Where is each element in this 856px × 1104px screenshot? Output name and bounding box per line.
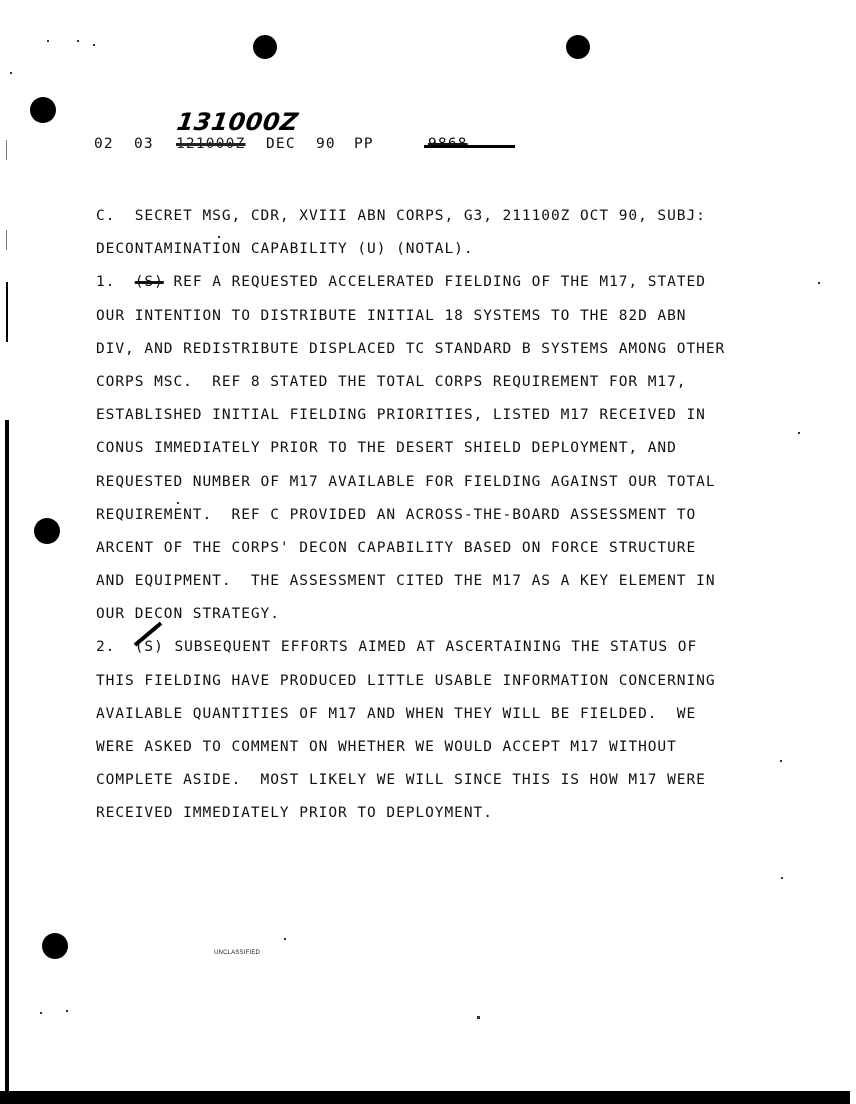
paragraph-1-number: 1. [96,274,115,290]
header-field-1: 02 [94,136,114,152]
scan-speck [798,432,800,434]
scan-speck [77,40,79,42]
paragraph-1-line: OUR INTENTION TO DISTRIBUTE INITIAL 18 S… [96,300,796,333]
scan-speck [10,72,12,74]
punch-hole-left-middle [34,518,60,544]
header-month: DEC [266,136,296,152]
paragraph-1-line-1: 1. (S) REF A REQUESTED ACCELERATED FIELD… [96,266,796,299]
paragraph-1-line: REQUESTED NUMBER OF M17 AVAILABLE FOR FI… [96,466,796,499]
punch-hole-left-upper [30,97,56,123]
scan-edge-left [6,282,8,342]
scan-edge-left [5,420,9,1104]
paragraph-2-line: AVAILABLE QUANTITIES OF M17 AND WHEN THE… [96,698,796,731]
scan-speck [818,282,820,284]
scan-speck [93,44,95,46]
paragraph-1-line: REQUIREMENT. REF C PROVIDED AN ACROSS-TH… [96,499,796,532]
scan-speck [284,938,286,940]
scan-speck [781,877,783,879]
paragraph-2-text: SUBSEQUENT EFFORTS AIMED AT ASCERTAINING… [174,639,697,655]
slashed-classification-text: (S) [135,639,164,655]
scan-speck [477,1016,480,1019]
slashed-classification-marking: (S) [135,631,165,664]
header-year: 90 [316,136,336,152]
scanned-document-page: 131000Z 02 03 121000Z DEC 90 PP 9868 C. … [0,0,856,1104]
paragraph-1-line: CORPS MSC. REF 8 STATED THE TOTAL CORPS … [96,366,796,399]
scan-edge-bottom [0,1091,850,1104]
scan-speck [40,1012,42,1014]
paragraph-2-number: 2. [96,639,115,655]
punch-hole-top-center [253,35,277,59]
punch-hole-top-right [566,35,590,59]
paragraph-1-line: OUR DECON STRATEGY. [96,598,796,631]
paragraph-1-line: CONUS IMMEDIATELY PRIOR TO THE DESERT SH… [96,432,796,465]
paragraph-2-line: COMPLETE ASIDE. MOST LIKELY WE WILL SINC… [96,764,796,797]
paragraph-2-line: WERE ASKED TO COMMENT ON WHETHER WE WOUL… [96,731,796,764]
paragraph-2-line: THIS FIELDING HAVE PRODUCED LITTLE USABL… [96,665,796,698]
struck-original-dtg: 121000Z [176,136,246,152]
handwritten-dtg-correction: 131000Z [175,108,300,136]
scan-speck [66,1010,68,1012]
classification-footer: UNCLASSIFIED [214,950,260,956]
paragraph-2-line: RECEIVED IMMEDIATELY PRIOR TO DEPLOYMENT… [96,797,796,830]
paragraph-2-line-1: 2. (S) SUBSEQUENT EFFORTS AIMED AT ASCER… [96,631,796,664]
message-body: C. SECRET MSG, CDR, XVIII ABN CORPS, G3,… [96,200,796,831]
reference-c-line-2: DECONTAMINATION CAPABILITY (U) (NOTAL). [96,233,796,266]
header-field-2: 03 [134,136,154,152]
paragraph-1-line: DIV, AND REDISTRIBUTE DISPLACED TC STAND… [96,333,796,366]
paragraph-1-line: AND EQUIPMENT. THE ASSESSMENT CITED THE … [96,565,796,598]
struck-classification-marking: (S) [135,266,164,299]
reference-c-line-1: C. SECRET MSG, CDR, XVIII ABN CORPS, G3,… [96,200,796,233]
strike-through-line [424,145,515,148]
punch-hole-left-lower [42,933,68,959]
struck-right-field: 9868 [428,136,468,152]
scan-edge-left-dotted [6,230,7,250]
scan-edge-left-dotted [6,140,7,160]
scan-speck [47,40,49,42]
paragraph-1-line: ARCENT OF THE CORPS' DECON CAPABILITY BA… [96,532,796,565]
paragraph-1-line: ESTABLISHED INITIAL FIELDING PRIORITIES,… [96,399,796,432]
header-precedence: PP [354,136,374,152]
paragraph-1-text: REF A REQUESTED ACCELERATED FIELDING OF … [173,274,705,290]
